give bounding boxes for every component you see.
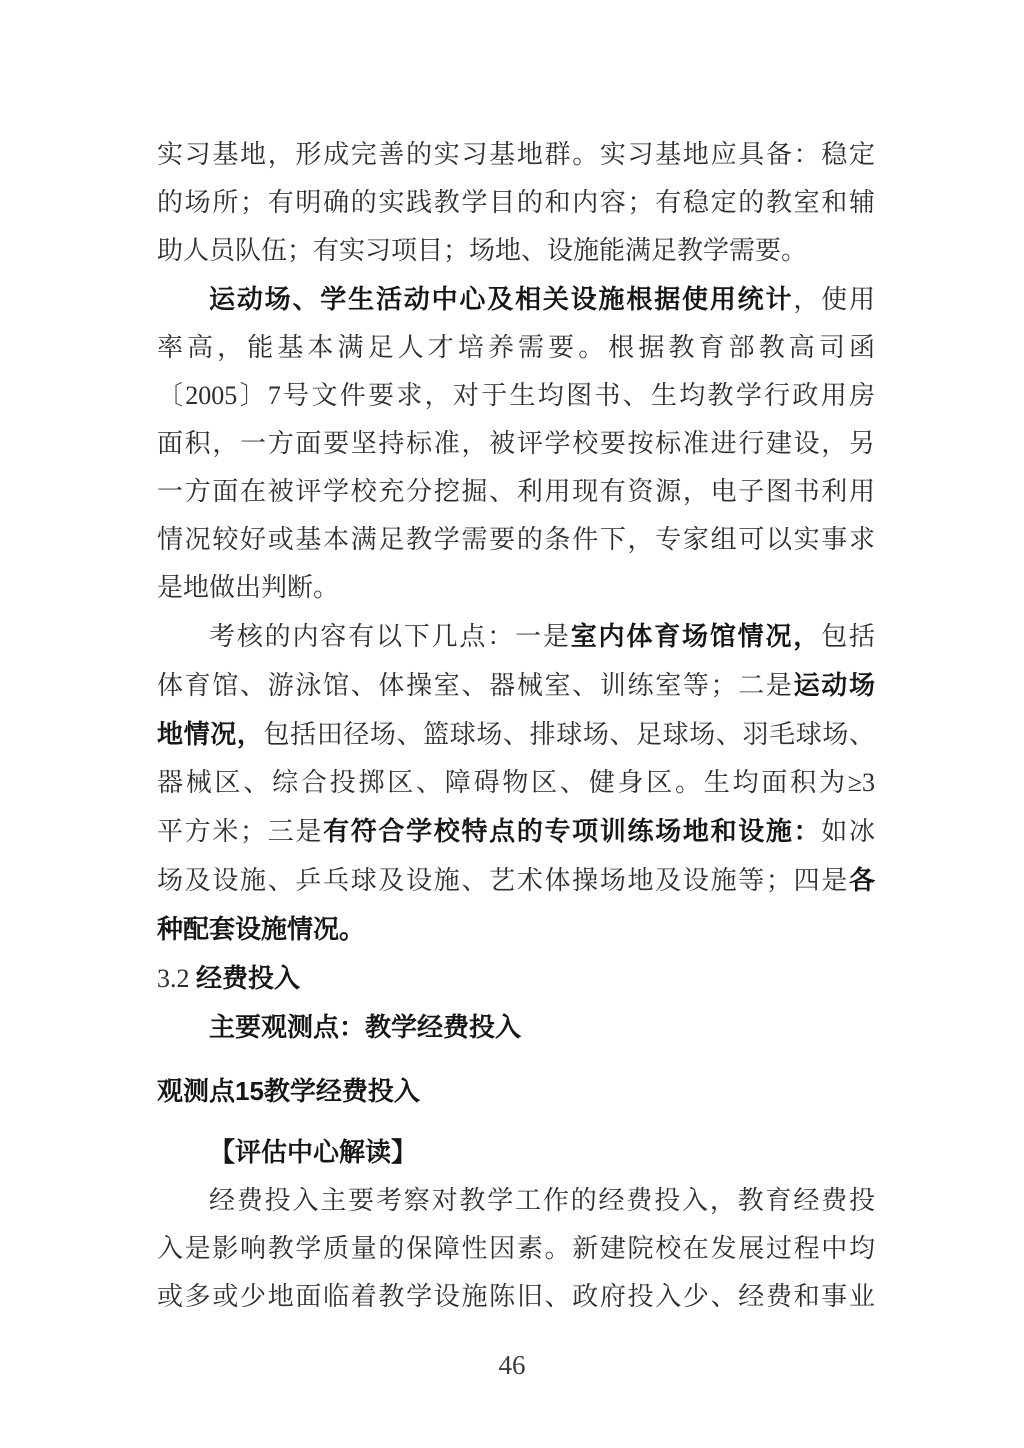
bold-text-segment: 观测点15教学经费投入 <box>157 1076 420 1106</box>
text-segment: 或多或少地面临着教学设施陈旧、政府投入少、经费和事业 <box>157 1282 875 1311</box>
bold-text-segment: 有符合学校特点的专项训练场地和设施： <box>323 816 821 846</box>
text-segment: 率高，能基本满足人才培养需要。根据教育部教高司函 <box>157 333 875 362</box>
body-line: 入是影响教学质量的保障性因素。新建院校在发展过程中均 <box>157 1225 875 1273</box>
bold-text-segment: 经费投入 <box>196 963 300 993</box>
bold-text-segment: 主要观测点：教学经费投入 <box>209 1012 521 1042</box>
text-segment: 面积，一方面要坚持标准，被评学校要按标准进行建设，另 <box>157 429 875 458</box>
body-line: 的场所；有明确的实践教学目的和内容；有稳定的教室和辅 <box>157 179 875 227</box>
body-line: 经费投入主要考察对教学工作的经费投入，教育经费投 <box>157 1177 875 1225</box>
key-observation-heading: 主要观测点：教学经费投入 <box>157 1003 875 1052</box>
text-segment: 的场所；有明确的实践教学目的和内容；有稳定的教室和辅 <box>157 188 875 217</box>
document-page: 实习基地，形成完善的实习基地群。实习基地应具备：稳定的场所；有明确的实践教学目的… <box>0 0 1024 1448</box>
text-segment: 3.2 <box>157 964 196 993</box>
bold-text-segment: 各 <box>849 865 875 895</box>
body-line: 面积，一方面要坚持标准，被评学校要按标准进行建设，另 <box>157 420 875 468</box>
bold-text-segment: 运动场 <box>794 670 875 700</box>
text-segment: 经费投入主要考察对教学工作的经费投入，教育经费投 <box>209 1186 875 1215</box>
body-line: 体育馆、游泳馆、体操室、器械室、训练室等；二是运动场 <box>157 661 875 710</box>
section-heading: 3.2 经费投入 <box>157 954 875 1003</box>
text-segment: 〔2005〕7号文件要求，对于生均图书、生均教学行政用房 <box>157 381 875 410</box>
body-line: 〔2005〕7号文件要求，对于生均图书、生均教学行政用房 <box>157 372 875 420</box>
text-lines: 实习基地，形成完善的实习基地群。实习基地应具备：稳定的场所；有明确的实践教学目的… <box>0 0 1024 1321</box>
text-segment: 场及设施、乒乓球及设施、艺术体操场地及设施等；四是 <box>157 866 849 895</box>
text-segment: 包括田径场、篮球场、排球场、足球场、羽毛球场、 <box>263 720 875 749</box>
body-line: 助人员队伍；有实习项目；场地、设施能满足教学需要。 <box>157 227 875 275</box>
text-segment: 器械区、综合投掷区、障碍物区、健身区。生均面积为≥3 <box>157 768 875 797</box>
observation-point-heading: 观测点15教学经费投入 <box>157 1067 875 1116</box>
text-segment: 体育馆、游泳馆、体操室、器械室、训练室等；二是 <box>157 671 794 700</box>
text-segment: ，使用 <box>793 285 875 314</box>
page-number: 46 <box>0 1341 1024 1389</box>
body-line: 场及设施、乒乓球及设施、艺术体操场地及设施等；四是各 <box>157 856 875 905</box>
body-line: 率高，能基本满足人才培养需要。根据教育部教高司函 <box>157 324 875 372</box>
text-segment: 平方米；三是 <box>157 817 323 846</box>
body-line: 一方面在被评学校充分挖掘、利用现有资源，电子图书利用 <box>157 468 875 516</box>
text-segment: 一方面在被评学校充分挖掘、利用现有资源，电子图书利用 <box>157 477 875 506</box>
body-line: 实习基地，形成完善的实习基地群。实习基地应具备：稳定 <box>157 131 875 179</box>
bold-text-segment: 室内体育场馆情况， <box>571 621 821 651</box>
text-segment: 入是影响教学质量的保障性因素。新建院校在发展过程中均 <box>157 1234 875 1263</box>
body-line: 运动场、学生活动中心及相关设施根据使用统计，使用 <box>157 275 875 324</box>
bold-text-segment: 种配套设施情况。 <box>157 914 365 944</box>
body-line: 是地做出判断。 <box>157 564 875 612</box>
body-line: 考核的内容有以下几点：一是室内体育场馆情况，包括 <box>157 612 875 661</box>
text-segment: 如冰 <box>821 817 875 846</box>
body-line: 或多或少地面临着教学设施陈旧、政府投入少、经费和事业 <box>157 1273 875 1321</box>
body-line: 地情况，包括田径场、篮球场、排球场、足球场、羽毛球场、 <box>157 710 875 759</box>
text-segment: 考核的内容有以下几点：一是 <box>209 622 571 651</box>
bold-text-segment: 地情况， <box>157 719 263 749</box>
bold-text-segment: 【评估中心解读】 <box>209 1137 417 1167</box>
text-segment: 包括 <box>821 622 875 651</box>
text-segment: 情况较好或基本满足教学需要的条件下，专家组可以实事求 <box>157 525 875 554</box>
body-line: 种配套设施情况。 <box>157 905 875 954</box>
body-line: 情况较好或基本满足教学需要的条件下，专家组可以实事求 <box>157 516 875 564</box>
body-line: 平方米；三是有符合学校特点的专项训练场地和设施：如冰 <box>157 807 875 856</box>
bold-text-segment: 运动场、学生活动中心及相关设施根据使用统计 <box>209 284 793 314</box>
interpretation-heading: 【评估中心解读】 <box>157 1128 875 1177</box>
text-segment: 助人员队伍；有实习项目；场地、设施能满足教学需要。 <box>157 236 807 265</box>
text-segment: 是地做出判断。 <box>157 573 339 602</box>
text-segment: 实习基地，形成完善的实习基地群。实习基地应具备：稳定 <box>157 140 875 169</box>
body-line: 器械区、综合投掷区、障碍物区、健身区。生均面积为≥3 <box>157 759 875 807</box>
